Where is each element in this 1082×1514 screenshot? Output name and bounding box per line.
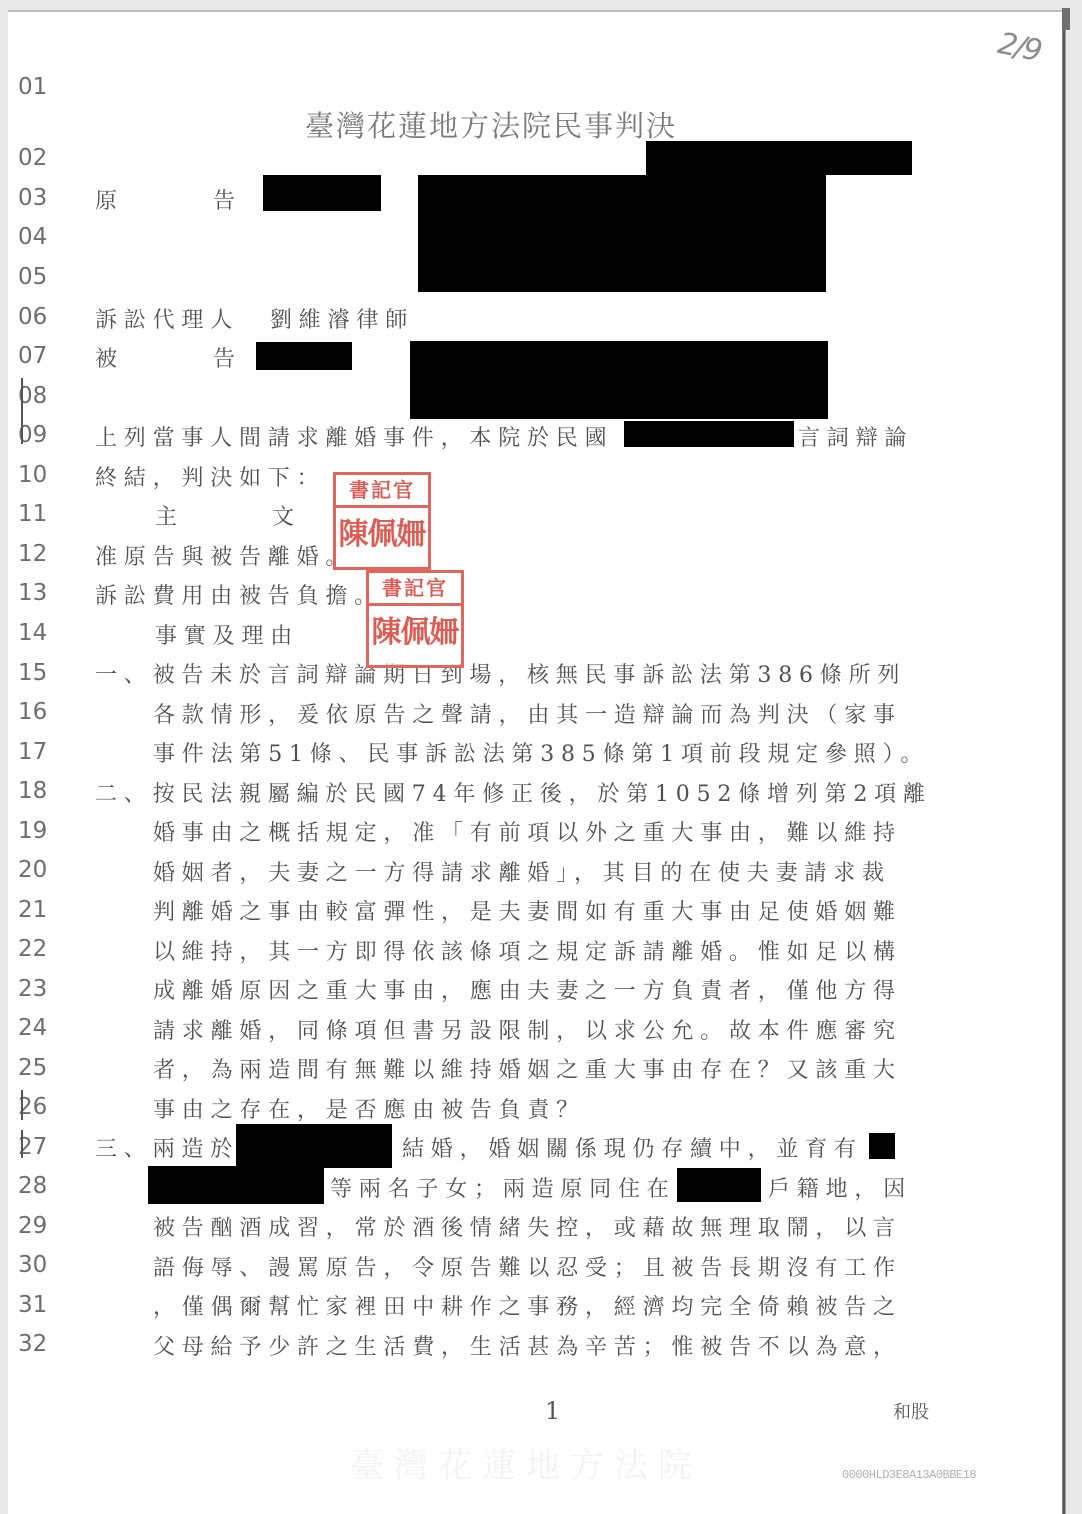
line-number: 04	[18, 224, 58, 250]
line-number: 25	[18, 1055, 58, 1081]
line-number: 30	[18, 1252, 58, 1278]
body-line: 訴訟費用由被告負擔。	[95, 579, 383, 610]
line-number: 29	[18, 1213, 58, 1239]
redaction-block	[624, 421, 794, 447]
redaction-block	[869, 1133, 895, 1159]
line-number: 08	[18, 383, 58, 409]
defendant-label-2: 告	[213, 342, 242, 373]
seal-name: 陳佩姍	[369, 606, 461, 660]
page-corner-mark	[1062, 8, 1070, 30]
body-line: ，僅偶爾幫忙家裡田中耕作之事務，經濟均完全倚賴被告之	[153, 1290, 902, 1321]
redaction-block	[236, 1124, 392, 1168]
redaction-block	[410, 341, 828, 419]
agent-name: 劉維濬律師	[270, 303, 414, 334]
body-line: 准原告與被告離婚。	[95, 540, 354, 571]
line-number: 02	[18, 145, 58, 171]
clerk-seal: 書記官 陳佩姍	[333, 472, 431, 570]
line-number: 07	[18, 343, 58, 369]
body-line: 事件法第51條、民事訴訟法第385條第1項前段規定參照）。	[153, 737, 929, 768]
clerk-seal: 書記官 陳佩姍	[366, 570, 464, 668]
line-number: 21	[18, 897, 58, 923]
line-number: 14	[18, 620, 58, 646]
body-line: 一、被告未於言詞辯論期日到場，核無民事訴訟法第386條所列	[95, 658, 906, 689]
body-line: 二、按民法親屬編於民國74年修正後，於第1052條增列第2項離	[95, 777, 932, 808]
defendant-label: 被	[95, 342, 124, 373]
agent-label: 訴訟代理人	[95, 303, 239, 334]
body-line: 各款情形，爰依原告之聲請，由其一造辯論而為判決（家事	[153, 698, 902, 729]
line-number: 26	[18, 1094, 58, 1120]
body-line: 成離婚原因之重大事由，應由夫妻之一方負責者，僅他方得	[153, 974, 902, 1005]
body-line: 以維持，其一方即得依該條項之規定訴請離婚。惟如足以構	[153, 935, 902, 966]
body-line: 事由之存在，是否應由被告負責？	[153, 1093, 585, 1124]
body-line: 被告酗酒成習，常於酒後情緒失控，或藉故無理取鬧，以言	[153, 1211, 902, 1242]
line-number: 13	[18, 580, 58, 606]
line-number: 27	[18, 1134, 58, 1160]
line-number: 32	[18, 1331, 58, 1357]
redaction-block	[677, 1168, 761, 1202]
page-number: 1	[545, 1397, 560, 1425]
section-heading-facts: 事實及理由	[155, 619, 299, 650]
body-line: 戶籍地，因	[768, 1172, 912, 1203]
redaction-block	[256, 342, 352, 370]
margin-mark	[21, 1130, 23, 1158]
body-line: 三、兩造於	[95, 1132, 239, 1163]
line-number: 23	[18, 976, 58, 1002]
margin-mark	[21, 1090, 23, 1120]
line-number: 19	[18, 818, 58, 844]
line-number: 11	[18, 501, 58, 527]
plaintiff-label: 原	[95, 184, 124, 215]
section-heading-main-2: 文	[272, 500, 301, 531]
body-line: 終結，判決如下：	[95, 461, 325, 492]
faint-watermark: 臺灣花蓮地方法院	[350, 1438, 702, 1487]
line-number: 28	[18, 1173, 58, 1199]
seal-title: 書記官	[369, 573, 461, 606]
body-line: 請求離婚，同條項但書另設限制，以求公允。故本件應審究	[153, 1014, 902, 1045]
body-line: 者，為兩造間有無難以維持婚姻之重大事由存在？又該重大	[153, 1053, 902, 1084]
line-number: 16	[18, 699, 58, 725]
footer-division-mark: 和股	[893, 1398, 929, 1424]
line-number: 09	[18, 422, 58, 448]
line-number: 22	[18, 936, 58, 962]
line-number: 05	[18, 264, 58, 290]
body-line: 言詞辯論	[798, 421, 913, 452]
line-number: 06	[18, 304, 58, 330]
line-number: 15	[18, 660, 58, 686]
body-line: 婚姻者，夫妻之一方得請求離婚」，其目的在使夫妻請求裁	[153, 856, 891, 887]
line-number: 20	[18, 857, 58, 883]
section-heading-main: 主	[155, 500, 184, 531]
document-code: 0000HLD3E8A13A0BBE18	[842, 1468, 976, 1482]
body-line: 婚事由之概括規定，准「有前項以外之重大事由，難以維持	[153, 816, 902, 847]
body-line: 父母給予少許之生活費，生活甚為辛苦；惟被告不以為意，	[153, 1330, 902, 1361]
line-number: 17	[18, 739, 58, 765]
body-line: 判離婚之事由較富彈性，是夫妻間如有重大事由足使婚姻難	[153, 895, 902, 926]
margin-mark	[21, 378, 23, 444]
redaction-block	[418, 175, 826, 292]
body-line: 等兩名子女；兩造原同住在	[330, 1172, 676, 1203]
line-number: 01	[18, 74, 58, 100]
plaintiff-label-2: 告	[213, 184, 242, 215]
body-line: 結婚，婚姻關係現仍存續中，並育有	[402, 1132, 863, 1163]
redaction-block	[263, 175, 381, 211]
line-number: 12	[18, 541, 58, 567]
line-number: 31	[18, 1292, 58, 1318]
body-line: 語侮辱、謾罵原告，令原告難以忍受；且被告長期沒有工作	[153, 1251, 902, 1282]
line-number: 24	[18, 1015, 58, 1041]
page-edge	[1062, 8, 1066, 1514]
line-number: 10	[18, 462, 58, 488]
seal-title: 書記官	[336, 475, 428, 508]
redaction-block	[148, 1166, 324, 1204]
redaction-block	[646, 141, 912, 175]
line-number: 18	[18, 778, 58, 804]
document-title: 臺灣花蓮地方法院民事判決	[305, 104, 677, 145]
line-number: 03	[18, 185, 58, 211]
body-line: 上列當事人間請求離婚事件，本院於民國	[95, 421, 613, 452]
seal-name: 陳佩姍	[336, 508, 428, 562]
